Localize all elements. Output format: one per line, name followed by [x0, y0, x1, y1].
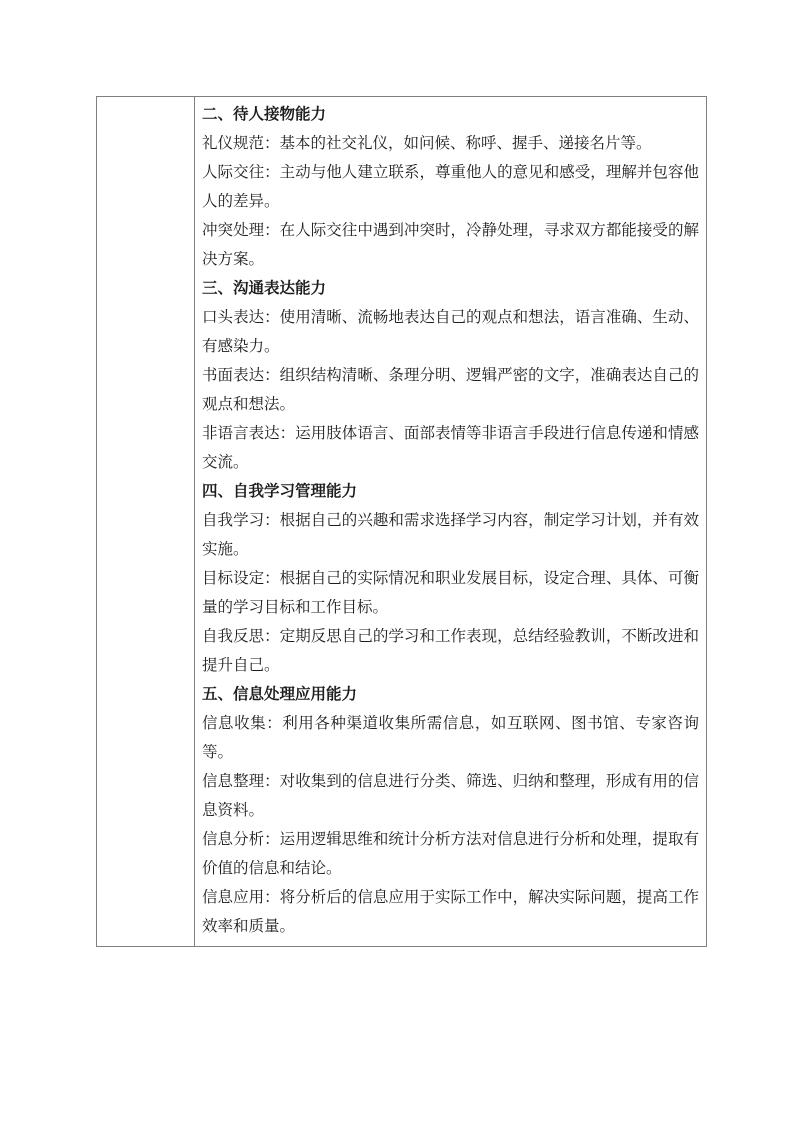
section-heading: 四、自我学习管理能力 [202, 477, 699, 506]
section-paragraph: 人际交往：主动与他人建立联系，尊重他人的意见和感受，理解并包容他人的差异。 [202, 158, 699, 216]
section-information-processing: 五、信息处理应用能力 信息收集：利用各种渠道收集所需信息，如互联网、图书馆、专家… [202, 680, 699, 941]
section-paragraph: 信息分析：运用逻辑思维和统计分析方法对信息进行分析和处理，提取有价值的信息和结论… [202, 825, 699, 883]
section-paragraph: 信息应用：将分析后的信息应用于实际工作中，解决实际问题，提高工作效率和质量。 [202, 883, 699, 941]
section-paragraph: 目标设定：根据自己的实际情况和职业发展目标，设定合理、具体、可衡量的学习目标和工… [202, 564, 699, 622]
table-cell-left-empty [97, 97, 195, 946]
section-paragraph: 非语言表达：运用肢体语言、面部表情等非语言手段进行信息传递和情感交流。 [202, 419, 699, 477]
table-cell-content: 二、待人接物能力 礼仪规范：基本的社交礼仪，如问候、称呼、握手、递接名片等。 人… [195, 97, 706, 946]
section-paragraph: 口头表达：使用清晰、流畅地表达自己的观点和想法，语言准确、生动、有感染力。 [202, 303, 699, 361]
section-interpersonal-skills: 二、待人接物能力 礼仪规范：基本的社交礼仪，如问候、称呼、握手、递接名片等。 人… [202, 100, 699, 274]
section-paragraph: 冲突处理：在人际交往中遇到冲突时，冷静处理，寻求双方都能接受的解决方案。 [202, 216, 699, 274]
section-paragraph: 自我学习：根据自己的兴趣和需求选择学习内容，制定学习计划，并有效实施。 [202, 506, 699, 564]
section-communication-skills: 三、沟通表达能力 口头表达：使用清晰、流畅地表达自己的观点和想法，语言准确、生动… [202, 274, 699, 477]
section-heading: 三、沟通表达能力 [202, 274, 699, 303]
section-self-learning-management: 四、自我学习管理能力 自我学习：根据自己的兴趣和需求选择学习内容，制定学习计划，… [202, 477, 699, 680]
section-heading: 五、信息处理应用能力 [202, 680, 699, 709]
section-paragraph: 自我反思：定期反思自己的学习和工作表现，总结经验教训，不断改进和提升自己。 [202, 622, 699, 680]
section-paragraph: 礼仪规范：基本的社交礼仪，如问候、称呼、握手、递接名片等。 [202, 129, 699, 158]
section-paragraph: 信息收集：利用各种渠道收集所需信息，如互联网、图书馆、专家咨询等。 [202, 709, 699, 767]
section-paragraph: 信息整理：对收集到的信息进行分类、筛选、归纳和整理，形成有用的信息资料。 [202, 767, 699, 825]
document-page: 二、待人接物能力 礼仪规范：基本的社交礼仪，如问候、称呼、握手、递接名片等。 人… [0, 0, 793, 1122]
section-paragraph: 书面表达：组织结构清晰、条理分明、逻辑严密的文字，准确表达自己的观点和想法。 [202, 361, 699, 419]
content-table: 二、待人接物能力 礼仪规范：基本的社交礼仪，如问候、称呼、握手、递接名片等。 人… [96, 96, 707, 947]
section-heading: 二、待人接物能力 [202, 100, 699, 129]
